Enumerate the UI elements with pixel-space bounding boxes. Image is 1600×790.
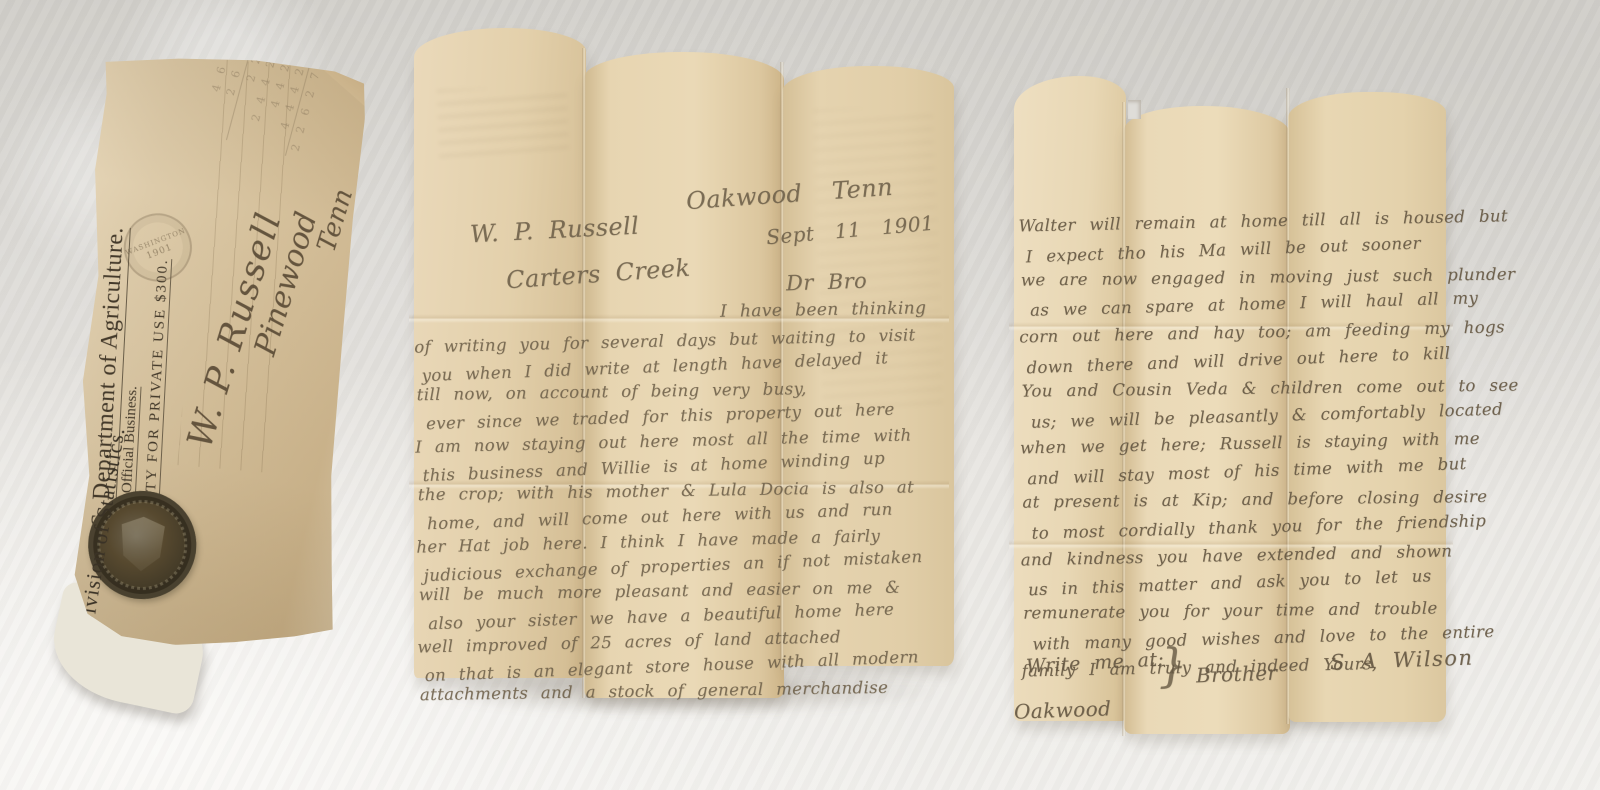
page1-body-text: of writing you for several days but wait… bbox=[414, 325, 956, 706]
envelope-body: U. S. Department of Agriculture. Officia… bbox=[67, 52, 367, 653]
closing-place: Oakwood bbox=[1014, 696, 1112, 723]
closing-farewell: Brother bbox=[1196, 661, 1278, 688]
page1-opening-line: I have been thinking bbox=[720, 298, 927, 322]
page1-salutation: Dr Bro bbox=[786, 269, 868, 296]
envelope: U. S. Department of Agriculture. Officia… bbox=[67, 52, 367, 653]
page2-top-notch bbox=[1128, 100, 1141, 119]
page2-body-text: Walter will remain at home till all is h… bbox=[1018, 207, 1449, 683]
ink-showthrough-smudge bbox=[437, 86, 569, 160]
letter-page-1: Oakwood Tenn Sept 11 1901 W. P. Russell … bbox=[398, 18, 960, 710]
letter-page-2: Walter will remain at home till all is h… bbox=[1000, 70, 1462, 726]
photo-background: U. S. Department of Agriculture. Officia… bbox=[0, 0, 1600, 790]
signature: S A Wilson bbox=[1330, 646, 1474, 675]
closing-brace: } bbox=[1157, 637, 1189, 692]
